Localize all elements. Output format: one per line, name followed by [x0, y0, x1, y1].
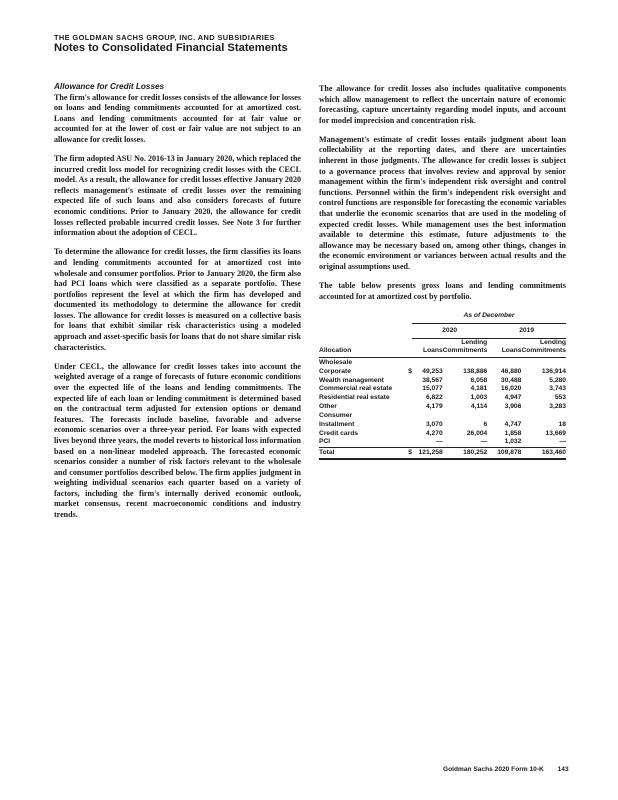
table-row: Residential real estate 6,822 1,003 4,94… — [319, 394, 566, 403]
page-header: The Goldman Sachs Group, Inc. and Subsid… — [54, 33, 288, 55]
year-header: 2020 — [412, 323, 487, 338]
table-row: Commercial real estate 15,077 4,181 16,0… — [319, 385, 566, 394]
right-column: The allowance for credit losses also inc… — [319, 84, 566, 460]
total-row: Total $ 121,258 180,252 109,878 163,460 — [319, 448, 566, 459]
col-header: Loans — [487, 338, 521, 357]
as-of-header: As of December — [412, 312, 566, 323]
section-label: Wholesale — [319, 358, 566, 368]
table-row: Other 4,179 4,114 3,906 3,283 — [319, 403, 566, 412]
footer-text: Goldman Sachs 2020 Form 10-K — [443, 766, 544, 773]
section-heading: Allowance for Credit Losses — [54, 82, 301, 93]
page-number: 143 — [558, 766, 569, 773]
paragraph: Management's estimate of credit losses e… — [319, 135, 566, 273]
col-header: Lending Commitments — [443, 338, 488, 357]
loans-by-portfolio-table: As of December 2020 2019 Allocation Loan… — [319, 312, 566, 460]
section-label: Consumer — [319, 411, 566, 421]
paragraph: The allowance for credit losses also inc… — [319, 84, 566, 126]
table-row: Wealth management 38,567 6,058 30,488 5,… — [319, 377, 566, 386]
company-name: The Goldman Sachs Group, Inc. and Subsid… — [54, 33, 288, 42]
paragraph: The table below presents gross loans and… — [319, 281, 566, 302]
page-title: Notes to Consolidated Financial Statemen… — [54, 42, 288, 55]
page-footer: Goldman Sachs 2020 Form 10-K 143 — [443, 766, 569, 773]
left-column: Allowance for Credit Losses The firm's a… — [54, 82, 301, 529]
paragraph: To determine the allowance for credit lo… — [54, 247, 301, 353]
table-row: Corporate $ 49,253 138,886 46,880 136,91… — [319, 368, 566, 377]
paragraph: The firm adopted ASU No. 2016-13 in Janu… — [54, 154, 301, 239]
allocation-header: Allocation — [319, 338, 405, 357]
paragraph: The firm's allowance for credit losses c… — [54, 93, 301, 146]
table-row: Installment 3,070 6 4,747 18 — [319, 421, 566, 430]
paragraph: Under CECL, the allowance for credit los… — [54, 362, 301, 521]
table-row: Credit cards 4,270 26,004 1,858 13,669 — [319, 430, 566, 439]
col-header: Loans — [412, 338, 443, 357]
table-row: PCI — — 1,032 — — [319, 438, 566, 447]
year-header: 2019 — [487, 323, 566, 338]
col-header: Lending Commitments — [521, 338, 566, 357]
